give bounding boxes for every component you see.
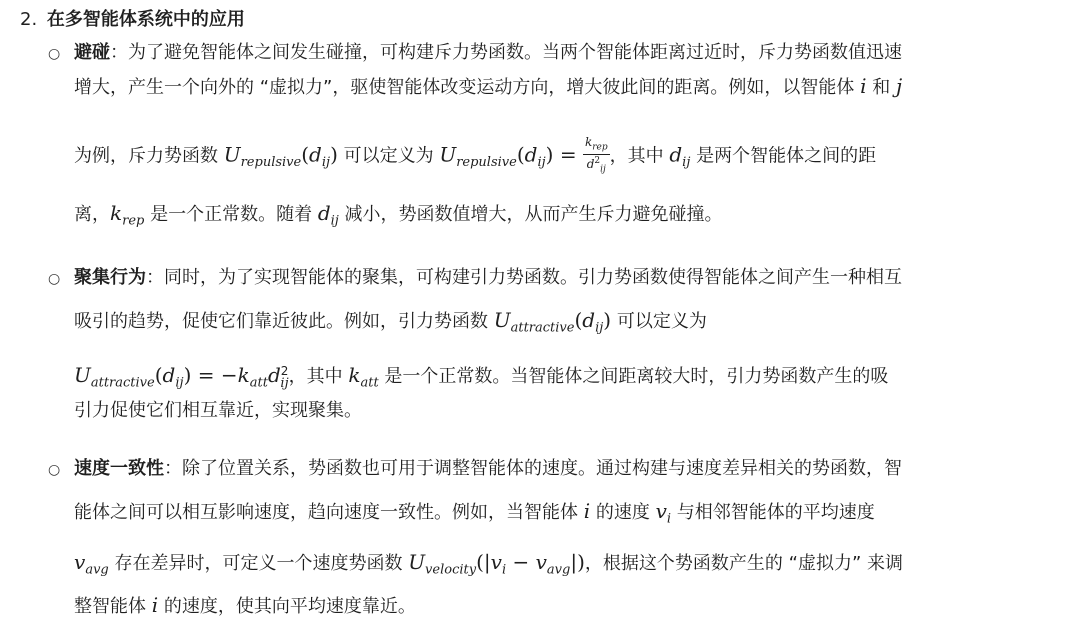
bullet-icon: ○ [48, 267, 66, 291]
text-line: 引力促使它们相互靠近，实现聚集。 [74, 398, 362, 424]
text-line: 离，krep 是一个正常数。随着 dij 减小，势函数值增大，从而产生斥力避免碰… [74, 200, 723, 235]
text-line: 聚集行为：同时，为了实现智能体的聚集，可构建引力势函数。引力势函数使得智能体之间… [74, 265, 902, 291]
section-number: 2. [20, 9, 37, 30]
text-line: 能体之间可以相互影响速度，趋向速度一致性。例如，当智能体 i 的速度 vi 与相… [74, 498, 875, 533]
bullet-icon: ○ [48, 42, 66, 66]
bullet-icon: ○ [48, 458, 66, 482]
fraction: krepd2ij [583, 136, 610, 177]
text-line: 增大，产生一个向外的 “虚拟力”，驱使智能体改变运动方向，增大彼此间的距离。例如… [74, 73, 902, 101]
text-line: 速度一致性：除了位置关系，势函数也可用于调整智能体的速度。通过构建与速度差异相关… [74, 456, 902, 482]
item-term: 聚集行为 [74, 267, 146, 288]
formula-line: Uattractive(dij) = −kattd2ij，其中 katt 是一个… [74, 358, 888, 397]
section-heading: 2. 在多智能体系统中的应用 [20, 6, 245, 34]
formula-line: 为例，斥力势函数 Urepulsive(dij) 可以定义为 Urepulsiv… [74, 136, 876, 177]
text-line: 整智能体 i 的速度，使其向平均速度靠近。 [74, 592, 416, 620]
item-term: 避碰 [74, 42, 110, 63]
section-title: 在多智能体系统中的应用 [47, 9, 245, 30]
document: 2. 在多智能体系统中的应用 ○ 避碰：为了避免智能体之间发生碰撞，可构建斥力势… [0, 0, 1087, 625]
text-line: 避碰：为了避免智能体之间发生碰撞，可构建斥力势函数。当两个智能体距离过近时，斥力… [74, 40, 902, 66]
text-line: 吸引的趋势，促使它们靠近彼此。例如，引力势函数 Uattractive(dij)… [74, 307, 707, 342]
formula-line: vavg 存在差异时，可定义一个速度势函数 Uvelocity(|vi − va… [74, 549, 903, 584]
item-term: 速度一致性 [74, 458, 164, 479]
